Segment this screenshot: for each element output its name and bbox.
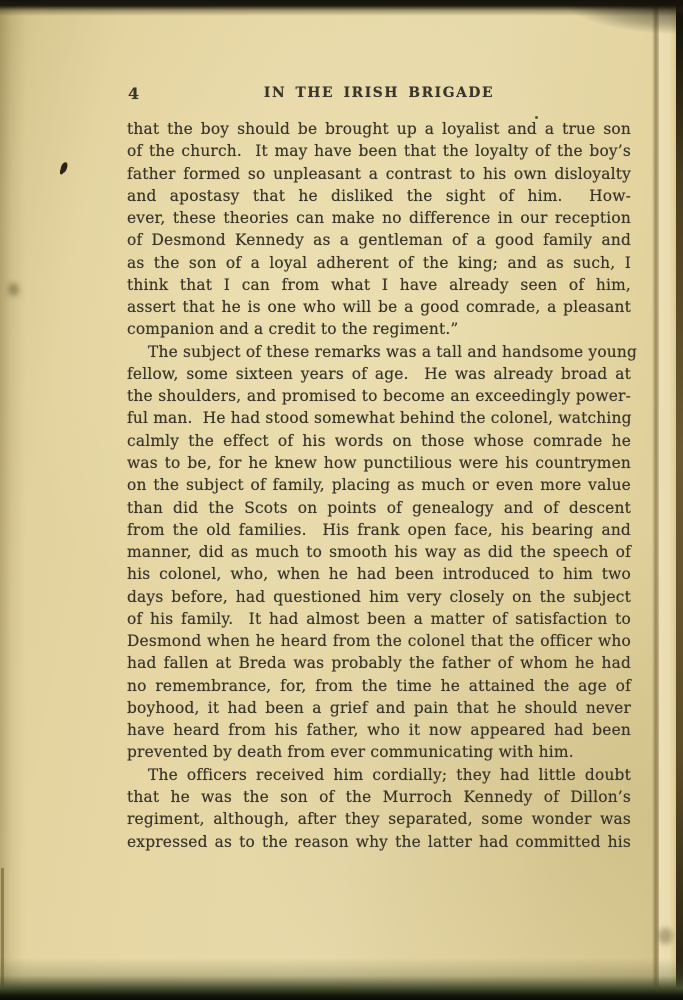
text-line: ever, these theories can make no differe… xyxy=(127,207,631,229)
top-right-corner-shadow xyxy=(523,0,683,46)
text-line: Desmond when he heard from the colonel t… xyxy=(127,630,631,652)
text-line: on the subject of family, placing as muc… xyxy=(127,474,631,496)
text-line: had fallen at Breda was probably the fat… xyxy=(127,652,631,674)
book-page-scan: 4 IN THE IRISH BRIGADE that the boy shou… xyxy=(0,0,683,1000)
text-line: assert that he is one who will be a good… xyxy=(127,296,631,318)
page-left-edge-shadow xyxy=(0,0,26,1000)
page-header: 4 IN THE IRISH BRIGADE xyxy=(127,84,631,102)
text-line: and apostasy that he disliked the sight … xyxy=(127,185,631,207)
text-line: calmly the effect of his words on those … xyxy=(127,430,631,452)
text-line: of his family. It had almost been a matt… xyxy=(127,608,631,630)
text-line: the shoulders, and promised to become an… xyxy=(127,385,631,407)
paper-smudge xyxy=(8,283,19,296)
text-line: The officers received him cordially; the… xyxy=(127,764,631,786)
running-title: IN THE IRISH BRIGADE xyxy=(127,85,631,101)
text-line: days before, had questioned him very clo… xyxy=(127,586,631,608)
text-line: that the boy should be brought up a loya… xyxy=(127,118,631,140)
text-line: companion and a credit to the regiment.” xyxy=(127,318,631,340)
text-line: no remembrance, for, from the time he at… xyxy=(127,675,631,697)
text-line: fellow, some sixteen years of age. He wa… xyxy=(127,363,631,385)
text-line: manner, did as much to smooth his way as… xyxy=(127,541,631,563)
text-line: of the church. It may have been that the… xyxy=(127,140,631,162)
book-bottom-edge xyxy=(0,958,683,1000)
page-right-fold-line xyxy=(652,0,659,1000)
text-line: that he was the son of the Murroch Kenne… xyxy=(127,786,631,808)
text-line: The subject of these remarks was a tall … xyxy=(127,341,631,363)
text-line: father formed so unpleasant a contrast t… xyxy=(127,163,631,185)
text-line: than did the Scots on points of genealog… xyxy=(127,497,631,519)
text-line: was to be, for he knew how punctilious w… xyxy=(127,452,631,474)
text-line: his colonel, who, when he had been intro… xyxy=(127,563,631,585)
ink-speck xyxy=(535,116,538,119)
text-line: regiment, although, after they separated… xyxy=(127,808,631,830)
text-line: have heard from his father, who it now a… xyxy=(127,719,631,741)
body-text: that the boy should be brought up a loya… xyxy=(127,118,631,853)
text-line: prevented by death from ever communicati… xyxy=(127,741,631,763)
text-line: as the son of a loyal adherent of the ki… xyxy=(127,252,631,274)
text-line: expressed as to the reason why the latte… xyxy=(127,831,631,853)
text-line: ful man. He had stood somewhat behind th… xyxy=(127,407,631,429)
ink-speck xyxy=(60,161,68,173)
paper-smudge xyxy=(658,928,673,944)
text-line: of Desmond Kennedy as a gentleman of a g… xyxy=(127,229,631,251)
page-content: 4 IN THE IRISH BRIGADE that the boy shou… xyxy=(127,84,631,853)
book-right-edge xyxy=(676,0,683,1000)
text-line: boyhood, it had been a grief and pain th… xyxy=(127,697,631,719)
text-line: think that I can from what I have alread… xyxy=(127,274,631,296)
text-line: from the old families. His frank open fa… xyxy=(127,519,631,541)
